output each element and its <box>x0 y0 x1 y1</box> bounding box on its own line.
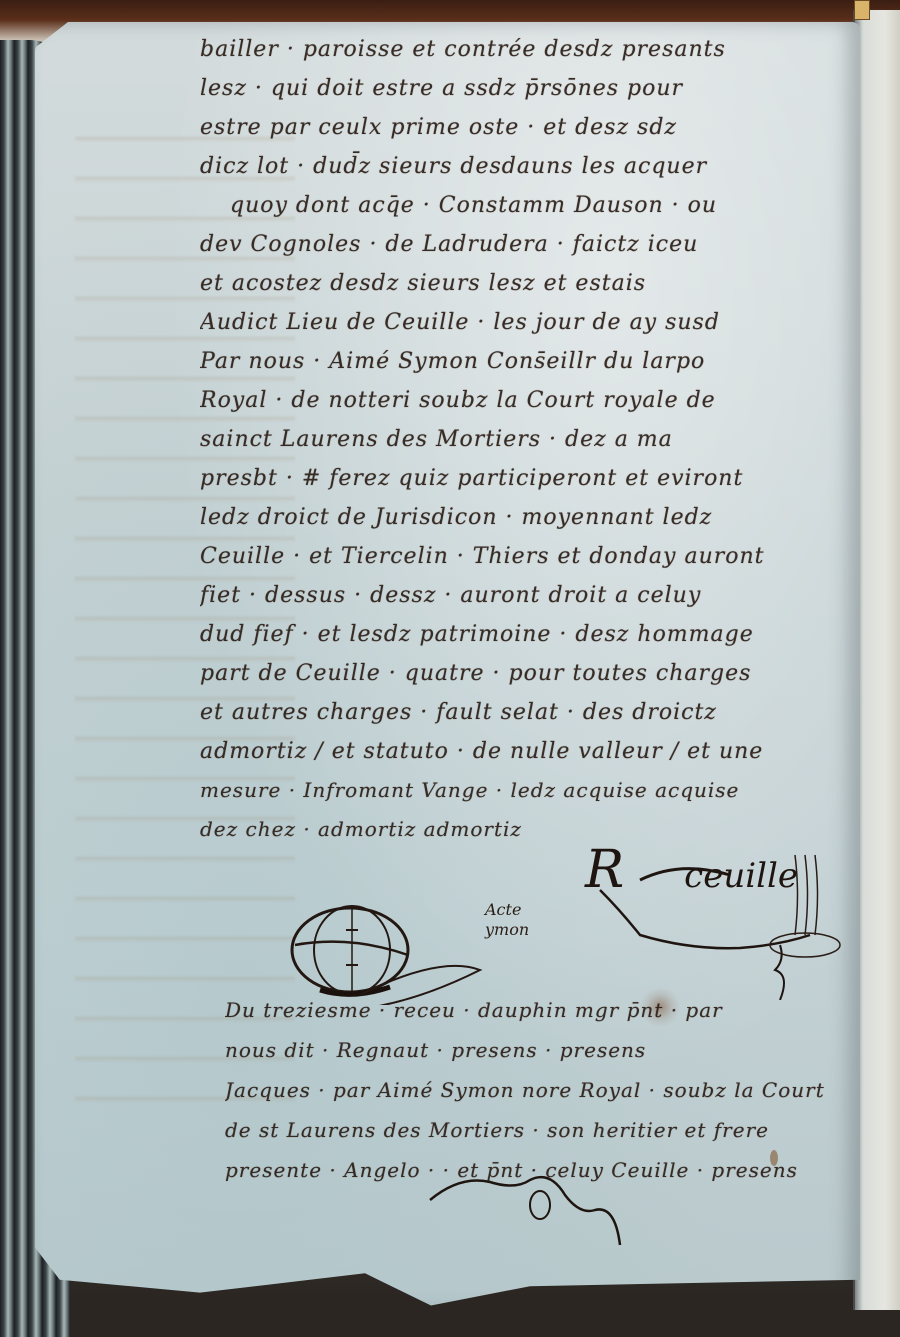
closing-line: de st Laurens des Mortiers · son heritie… <box>225 1110 865 1150</box>
notary-signature: Rceuille <box>585 840 798 900</box>
closing-line: Du treziesme · receu · dauphin mgr p̄nt … <box>225 990 865 1030</box>
manuscript-line: Royal · de notteri soubz la Court royale… <box>200 381 850 420</box>
final-paraph-icon <box>420 1160 640 1250</box>
witness-signature-line: Acte <box>485 900 529 920</box>
manuscript-line: part de Ceuille · quatre · pour toutes c… <box>200 654 850 693</box>
notary-signature-name: ceuille <box>684 856 798 896</box>
manuscript-line: et autres charges · fault selat · des dr… <box>200 693 850 732</box>
witness-signature-line: ymon <box>485 920 529 940</box>
manuscript-photograph: bailler · paroisse et contrée desdz pres… <box>0 0 900 1337</box>
witness-signature: Acte ymon <box>485 900 529 940</box>
manuscript-line: dev Cognoles · de Ladrudera · faictz ice… <box>200 225 850 264</box>
notary-signature-initial: R <box>585 840 624 900</box>
ink-blot <box>770 1150 778 1166</box>
closing-line: nous dit · Regnaut · presens · presens <box>225 1030 865 1070</box>
manuscript-line: lesz · qui doit estre a ssdz p̄rsōnes po… <box>200 69 850 108</box>
manuscript-line: admortiz / et statuto · de nulle valleur… <box>200 732 850 771</box>
manuscript-line: fiet · dessus · dessz · auront droit a c… <box>200 576 850 615</box>
signature-area: Acte ymon Rceuille <box>280 840 840 1000</box>
manuscript-line: mesure · Infromant Vange · ledz acquise … <box>200 771 850 810</box>
manuscript-line: bailler · paroisse et contrée desdz pres… <box>200 30 850 69</box>
manuscript-line: dud fief · et lesdz patrimoine · desz ho… <box>200 615 850 654</box>
witness-mark-icon <box>290 895 490 1005</box>
closing-line: Jacques · par Aimé Symon nore Royal · so… <box>225 1070 865 1110</box>
manuscript-line: Ceuille · et Tiercelin · Thiers et donda… <box>200 537 850 576</box>
manuscript-line: Par nous · Aimé Symon Cons̄eillr du larp… <box>200 342 850 381</box>
manuscript-line: quoy dont acq̄e · Constamm Dauson · ou <box>200 186 850 225</box>
manuscript-line: presbt · # ferez quiz participeront et e… <box>200 459 850 498</box>
manuscript-line: estre par ceulx prime oste · et desz sdz <box>200 108 850 147</box>
page-tab-marker <box>854 0 870 20</box>
manuscript-line: et acostez desdz sieurs lesz et estais <box>200 264 850 303</box>
manuscript-line: sainct Laurens des Mortiers · dez a ma <box>200 420 850 459</box>
manuscript-line: ledz droict de Jurisdicon · moyennant le… <box>200 498 850 537</box>
manuscript-line: dicz lot · dud̄z sieurs desdauns les acq… <box>200 147 850 186</box>
manuscript-line: Audict Lieu de Ceuille · les jour de ay … <box>200 303 850 342</box>
manuscript-body-text: bailler · paroisse et contrée desdz pres… <box>200 30 850 849</box>
